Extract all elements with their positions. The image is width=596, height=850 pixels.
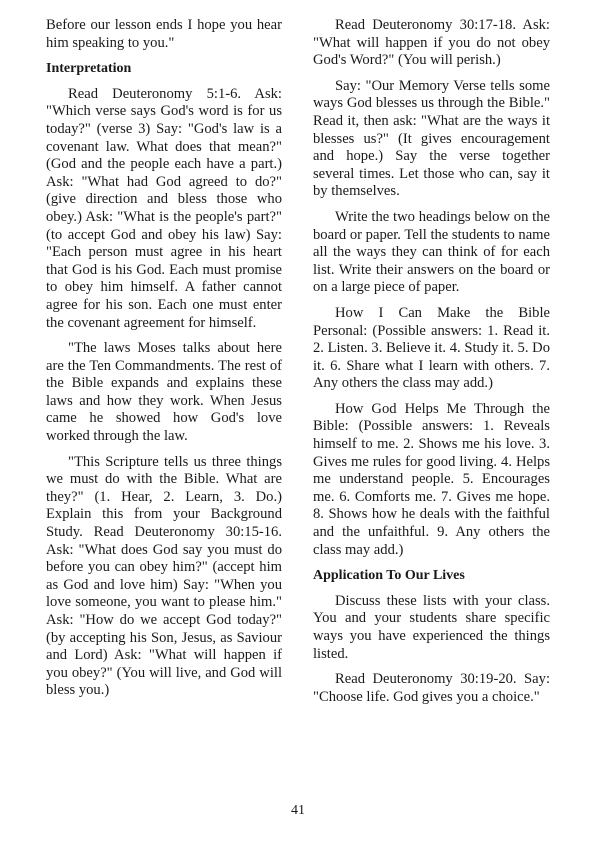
paragraph: Before our lesson ends I hope you hear h… bbox=[46, 17, 282, 52]
section-heading-application: Application To Our Lives bbox=[313, 567, 550, 585]
paragraph: "The laws Moses talks about here are the… bbox=[46, 340, 282, 446]
paragraph: How I Can Make the Bible Personal: (Poss… bbox=[313, 305, 550, 393]
paragraph: Write the two headings below on the boar… bbox=[313, 209, 550, 297]
right-column: Read Deuteronomy 30:17-18. Ask: "What wi… bbox=[313, 17, 550, 714]
paragraph: Say: "Our Memory Verse tells some ways G… bbox=[313, 78, 550, 201]
page-number: 41 bbox=[0, 803, 596, 819]
paragraph: Discuss these lists with your class. You… bbox=[313, 593, 550, 663]
section-heading-interpretation: Interpretation bbox=[46, 60, 282, 78]
left-column: Before our lesson ends I hope you hear h… bbox=[46, 17, 282, 708]
paragraph: Read Deuteronomy 30:17-18. Ask: "What wi… bbox=[313, 17, 550, 70]
paragraph: Read Deuteronomy 30:19-20. Say: "Choose … bbox=[313, 671, 550, 706]
paragraph: Read Deuteronomy 5:1-6. Ask: "Which vers… bbox=[46, 86, 282, 332]
paragraph: "This Scripture tells us three things we… bbox=[46, 454, 282, 700]
paragraph: How God Helps Me Through the Bible: (Pos… bbox=[313, 401, 550, 559]
